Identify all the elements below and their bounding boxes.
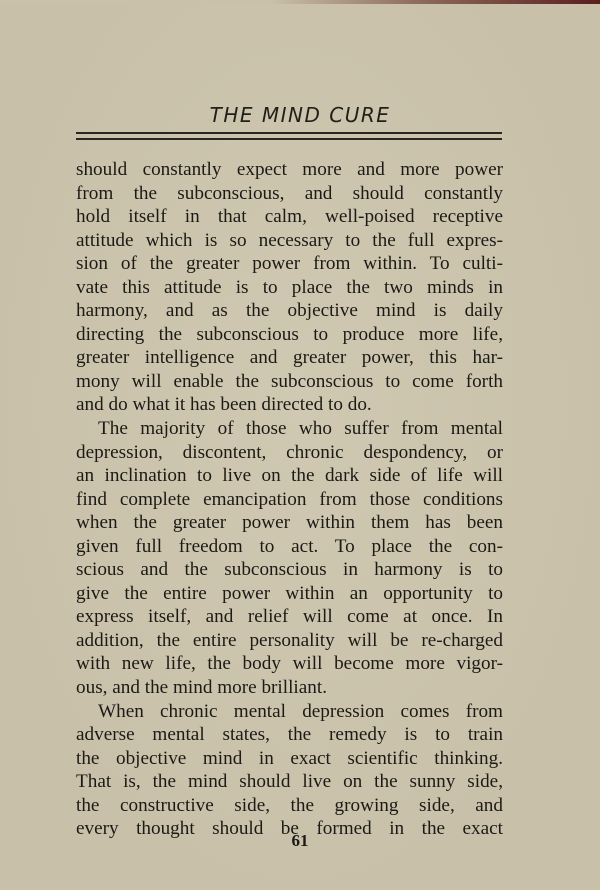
text-line: directing the subconscious to produce mo… <box>76 323 503 347</box>
text-line: the constructive side, the growing side,… <box>76 794 503 818</box>
text-line: should constantly expect more and more p… <box>76 158 503 182</box>
text-line: depression, discontent, chronic desponde… <box>76 441 503 465</box>
text-line: find complete emancipation from those co… <box>76 488 503 512</box>
header-rule-bottom <box>76 138 502 140</box>
page-number: 61 <box>0 831 600 851</box>
book-page: THE MIND CURE should constantly expect m… <box>0 0 600 890</box>
text-line: sion of the greater power from within. T… <box>76 252 503 276</box>
text-line: give the entire power within an opportun… <box>76 582 503 606</box>
body-text: should constantly expect more and more p… <box>76 158 503 841</box>
text-line: hold itself in that calm, well-poised re… <box>76 205 503 229</box>
text-line: express itself, and relief will come at … <box>76 605 503 629</box>
text-line: greater intelligence and greater power, … <box>76 346 503 370</box>
text-line: The majority of those who suffer from me… <box>76 417 503 441</box>
text-line: scious and the subconscious in harmony i… <box>76 558 503 582</box>
text-line: attitude which is so necessary to the fu… <box>76 229 503 253</box>
text-line: adverse mental states, the remedy is to … <box>76 723 503 747</box>
text-line: mony will enable the subconscious to com… <box>76 370 503 394</box>
text-line: when the greater power within them has b… <box>76 511 503 535</box>
text-line: addition, the entire personality will be… <box>76 629 503 653</box>
text-line: When chronic mental depression comes fro… <box>76 700 503 724</box>
text-line: harmony, and as the objective mind is da… <box>76 299 503 323</box>
text-line: ous, and the mind more brilliant. <box>76 676 503 700</box>
text-line: with new life, the body will become more… <box>76 652 503 676</box>
running-head: THE MIND CURE <box>0 103 600 127</box>
text-line: That is, the mind should live on the sun… <box>76 770 503 794</box>
text-line: and do what it has been directed to do. <box>76 393 503 417</box>
text-line: given full freedom to act. To place the … <box>76 535 503 559</box>
page-top-edge <box>0 0 600 4</box>
text-line: vate this attitude is to place the two m… <box>76 276 503 300</box>
text-line: the objective mind in exact scientific t… <box>76 747 503 771</box>
text-line: an inclination to live on the dark side … <box>76 464 503 488</box>
text-line: from the subconscious, and should consta… <box>76 182 503 206</box>
header-rule-top <box>76 132 502 134</box>
